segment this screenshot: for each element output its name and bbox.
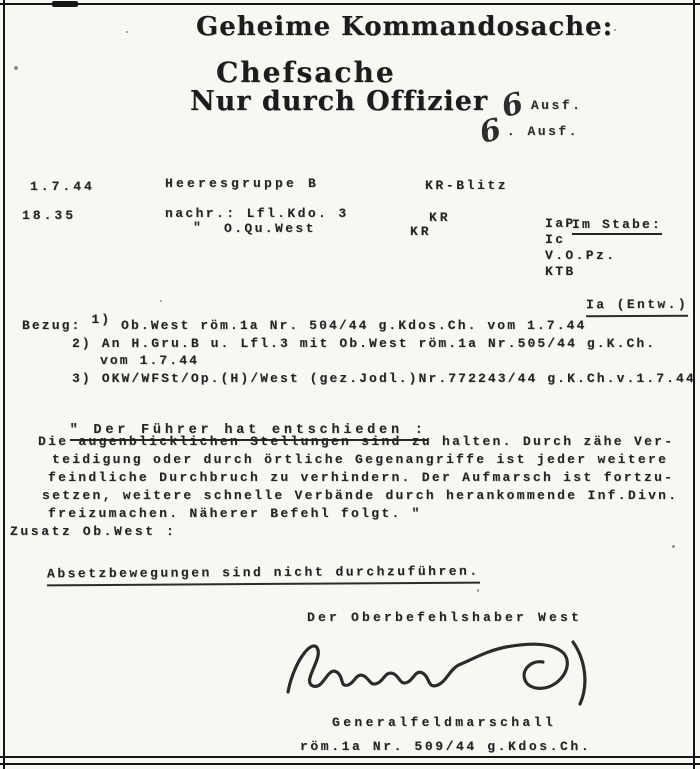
signatory-rank: Generalfeldmarschall (332, 714, 556, 731)
copy-count-2: 6. Ausf. (480, 114, 579, 149)
copy-label: . Ausf. (507, 124, 579, 139)
chefsache-stamp: Chefsache (216, 56, 396, 89)
bezug-line-2: 2) An H.Gru.B u. Lfl.3 mit Ob.West röm.1… (72, 335, 656, 352)
priority-kr-2: KR (410, 223, 432, 240)
priority-kr-blitz: KR-Blitz (425, 177, 508, 194)
scan-speck (126, 31, 128, 33)
priority-kr-1: KR (429, 209, 451, 226)
frame-top (0, 3, 700, 5)
frame-bottom-outer (0, 756, 700, 758)
order-body-line-5: freizumachen. Näherer Befehl folgt. " (48, 505, 422, 522)
bezug-line-2b: vom 1.7.44 (100, 352, 199, 369)
bezug-line-1: Bezug: 1) Ob.West röm.1a Nr. 504/44 g.Kd… (22, 317, 586, 334)
bezug-label: Bezug: (22, 318, 81, 333)
distribution-item-vopz: V.O.Pz. (545, 247, 616, 264)
document-page: Geheime Kommandosache: Chefsache Nur dur… (0, 0, 700, 769)
nachr-line-2: O.Qu.West (224, 220, 316, 237)
signatory-title: Der Oberbefehlshaber West (307, 609, 582, 626)
scan-speck (614, 29, 616, 31)
order-body-line-4: setzen, weitere schnelle Verbände durch … (42, 487, 678, 504)
scan-speck (14, 66, 18, 70)
order-body-line-2: teidigung oder durch örtliche Gegenangri… (52, 451, 668, 468)
zusatz-label: Zusatz Ob.West : (10, 523, 176, 540)
distribution-item-iap: IaP (545, 215, 576, 232)
frame-bottom-inner (0, 763, 700, 765)
addressee: Heeresgruppe B (165, 175, 319, 192)
order-body-line-1: Die augenblicklichen Stellungen sind zu … (38, 433, 674, 450)
zusatz-order: Absetzbewegungen sind nicht durchzuführe… (6, 547, 480, 602)
ditto-mark: " (193, 219, 203, 236)
bezug-num-2: 2) (72, 336, 92, 351)
distribution-item-ktb: KTB (545, 263, 576, 280)
order-body-line-3: feindliche Durchbruch zu verhindern. Der… (48, 469, 674, 486)
document-reference: röm.1a Nr. 509/44 g.Kdos.Ch. (300, 738, 591, 755)
classification-stamp: Geheime Kommandosache: (196, 12, 613, 42)
message-date: 1.7.44 (30, 178, 95, 195)
signature-handwritten (272, 628, 628, 714)
frame-top-blob (52, 1, 78, 7)
scan-speck (160, 300, 162, 302)
bezug-line-3: 3) OKW/WFSt/Op.(H)/West (gez.Jodl.)Nr.77… (72, 370, 696, 387)
handwritten-six: 6 (476, 112, 505, 151)
nur-durch-offizier-stamp: Nur durch Offizier (190, 86, 488, 117)
message-time: 18.35 (22, 207, 76, 224)
bezug-num-1: 1) (91, 312, 111, 327)
bezug-num-3: 3) (72, 371, 92, 386)
distribution-item-ic: Ic (545, 231, 565, 248)
scan-speck (672, 545, 675, 548)
copy-label: Ausf. (531, 98, 583, 113)
frame-left (3, 0, 5, 769)
